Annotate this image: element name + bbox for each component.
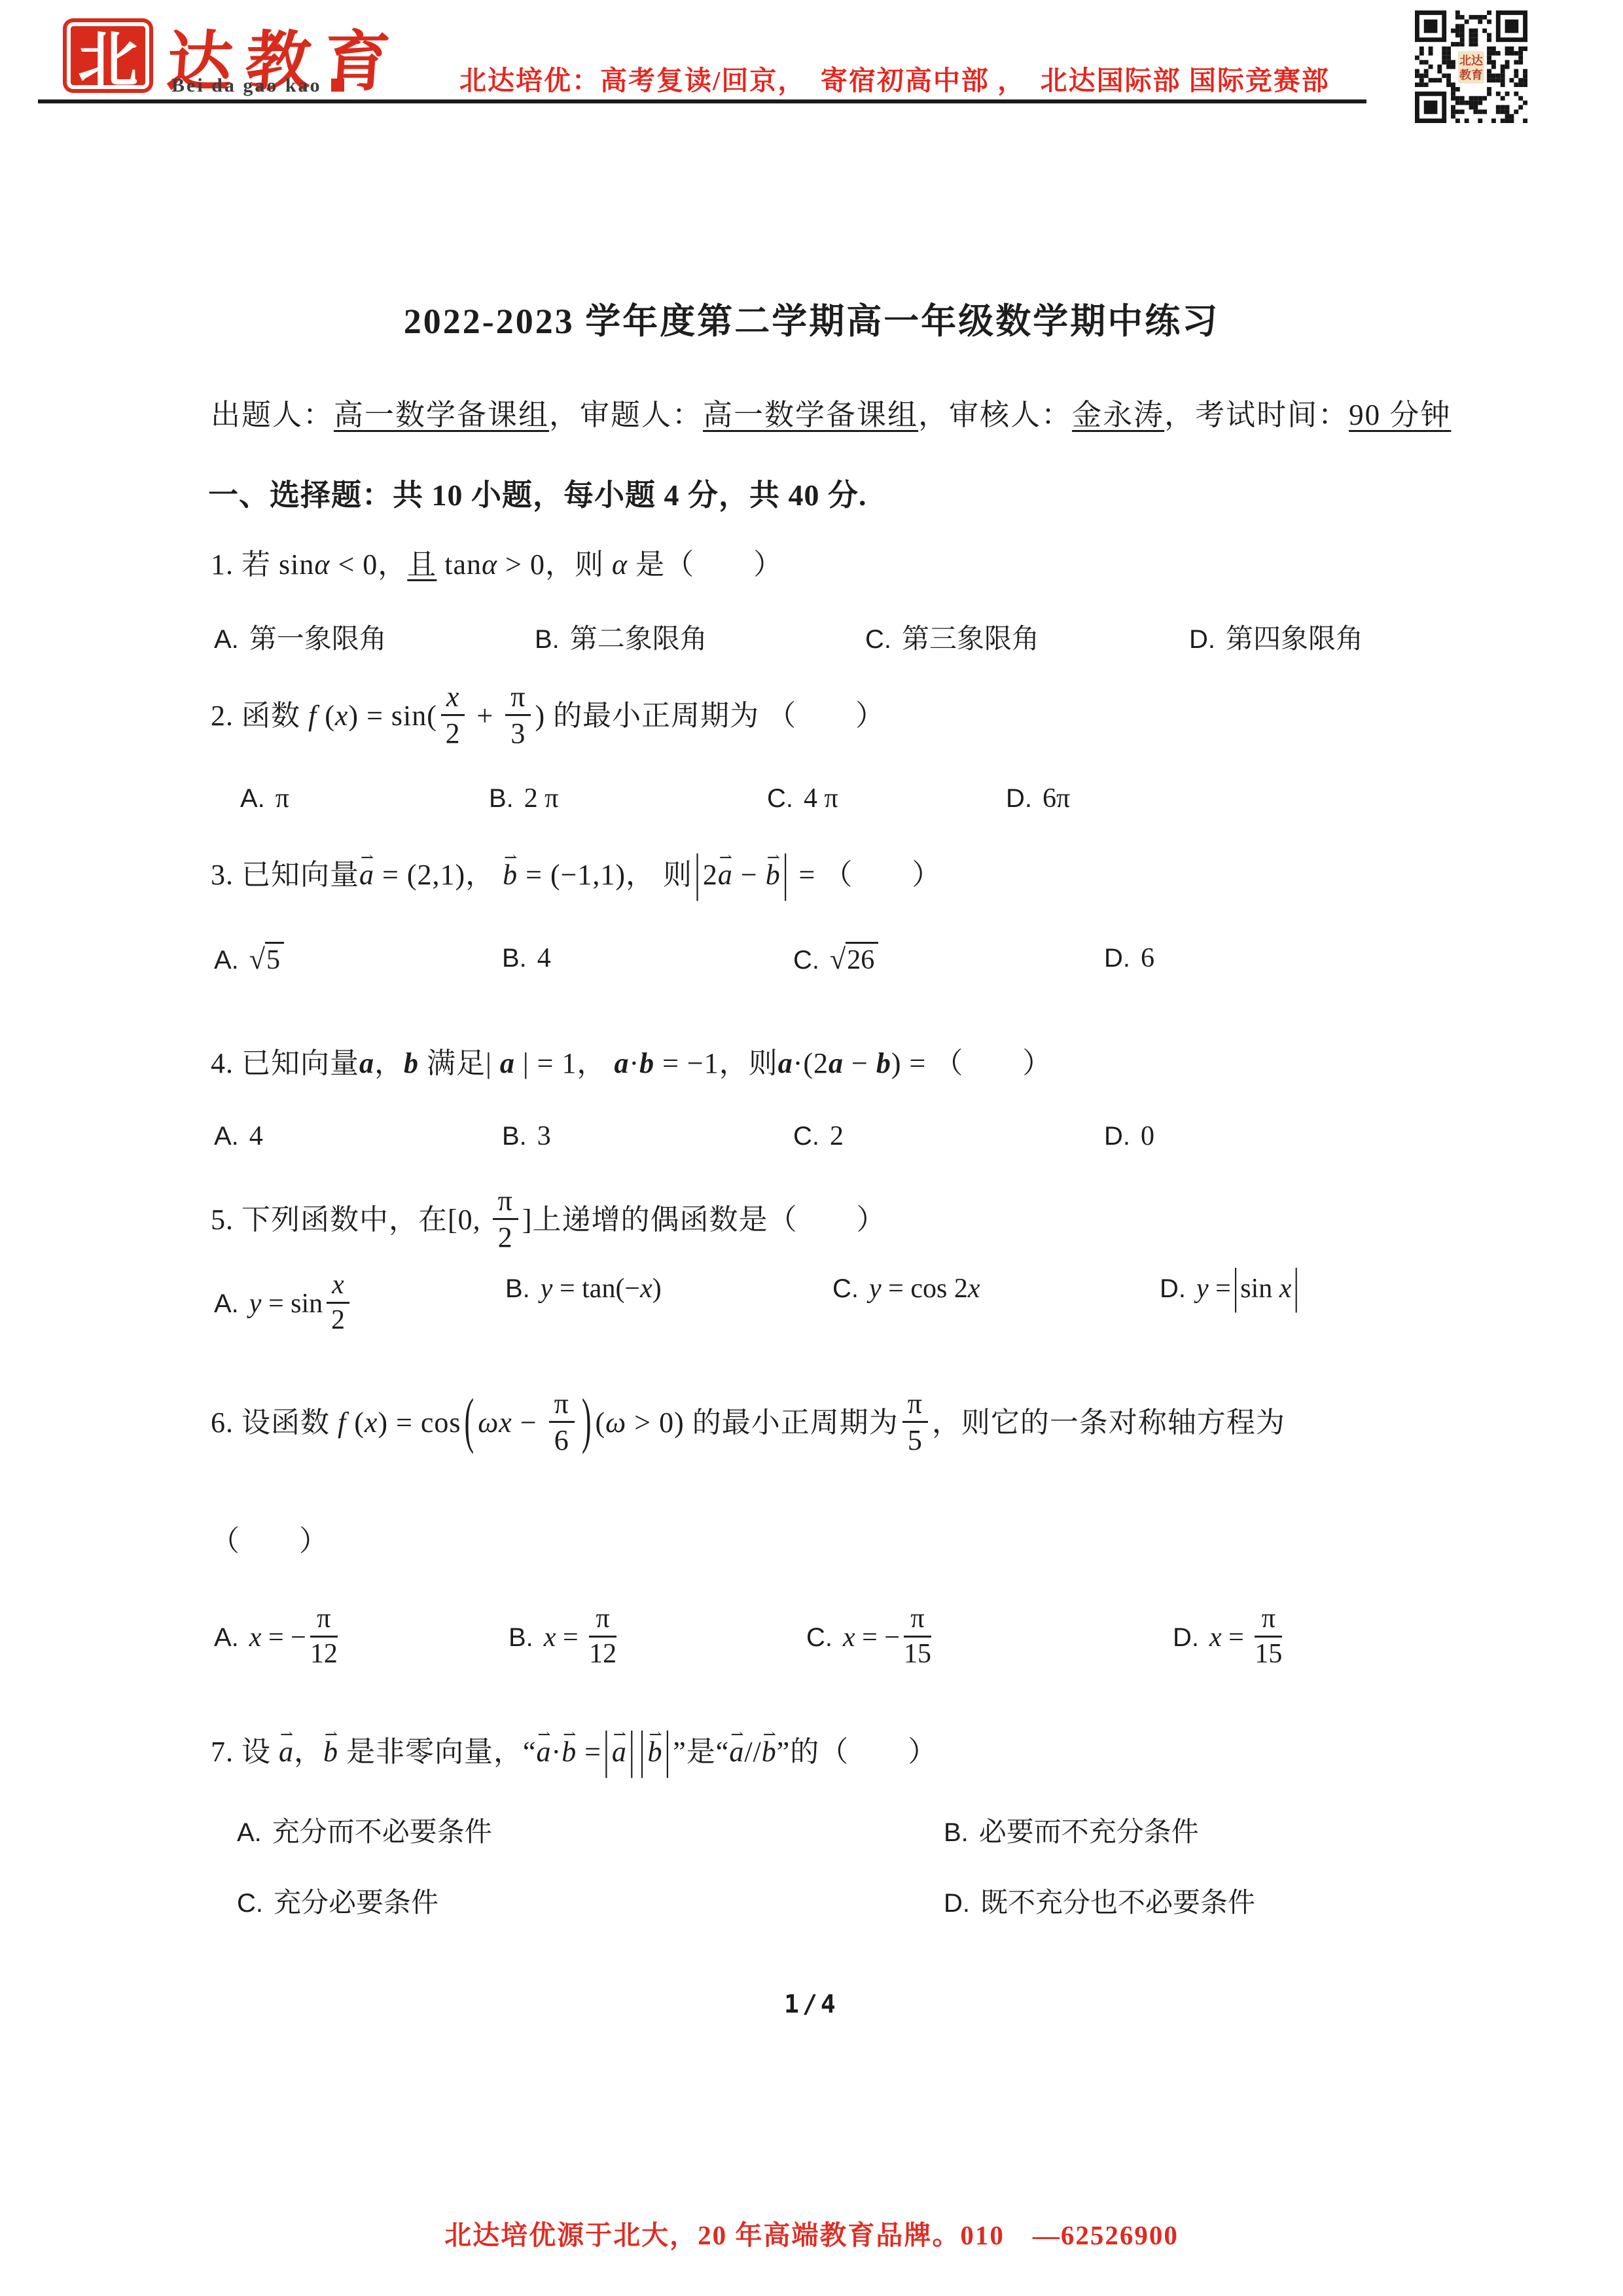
option-d: D.x = π15 (1173, 1607, 1286, 1673)
question-1: 1.若 sinα < 0，且 tanα > 0，则 α 是（ ） (211, 541, 783, 583)
option-d: D.6π (1006, 783, 1070, 814)
question-4: 4.已知向量a，b 满足| a | = 1， a·b = −1，则a·(2a −… (211, 1039, 1052, 1081)
option-c: C.第三象限角 (865, 617, 1039, 656)
option-b: B.x = π12 (508, 1607, 620, 1673)
question-number: 1. (211, 548, 234, 581)
option-a: A.充分而不必要条件 (237, 1810, 492, 1850)
option-a: A.π (240, 783, 289, 814)
question-text: （ ） (211, 1525, 329, 1557)
option-c: C.充分必要条件 (237, 1881, 438, 1920)
option-b: B.第二象限角 (535, 617, 707, 656)
option-b: B.4 (502, 942, 551, 974)
svg-text:教育: 教育 (1459, 68, 1483, 82)
question-text: 函数 f (x) = sin(x2 + π3) 的最小正周期为 （ ） (241, 700, 885, 732)
exam-meta-line: 出题人：高一数学备课组，审题人：高一数学备课组，审核人：金永涛，考试时间：90 … (211, 391, 1451, 433)
header-slogan: 北达培优：高考复读/回京， 寄宿初高中部 ， 北达国际部 国际竞赛部 (459, 59, 1330, 98)
seal-character: 北 (78, 12, 138, 99)
question-7-options-row1: A.充分而不必要条件 B.必要而不充分条件 (211, 1810, 1454, 1889)
header-divider (38, 99, 1366, 103)
option-a: A.y = sinx2 (214, 1273, 353, 1339)
question-2: 2.函数 f (x) = sin(x2 + π3) 的最小正周期为 （ ） (211, 684, 885, 753)
option-a: A.第一象限角 (214, 617, 387, 656)
option-d: D.既不充分也不必要条件 (944, 1881, 1255, 1920)
question-5-options: A.y = sinx2 B.y = tan(−x) C.y = cos 2x D… (211, 1273, 1454, 1352)
option-c: C.x = −π15 (806, 1607, 935, 1673)
brand-romanization: Bei da gao kao (171, 75, 344, 97)
exam-page: 北 达教育 Bei da gao kao 北达培优：高考复读/回京， 寄宿初高中… (0, 0, 1623, 2296)
section-heading: 一、选择题：共 10 小题，每小题 4 分，共 40 分. (208, 471, 867, 514)
question-number: 4. (211, 1047, 234, 1079)
option-c: C.√26 (793, 942, 878, 976)
question-5: 5.下列函数中，在[0, π2]上递增的偶函数是（ ） (211, 1188, 886, 1257)
question-7-options-row2: C.充分必要条件 D.既不充分也不必要条件 (211, 1881, 1454, 1960)
question-number: 2. (211, 700, 234, 732)
question-3-options: A.√5 B.4 C.√26 D.6 (211, 942, 1454, 1021)
option-d: D.6 (1104, 942, 1154, 974)
page-title: 2022-2023 学年度第二学期高一年级数学期中练习 (0, 293, 1623, 344)
option-b: B.y = tan(−x) (505, 1273, 662, 1304)
red-square-icon (331, 79, 344, 92)
question-text: 已知向量a，b 满足| a | = 1， a·b = −1，则a·(2a − b… (241, 1047, 1052, 1079)
question-number: 5. (211, 1204, 234, 1236)
option-c: C.4 π (767, 783, 838, 814)
question-number: 3. (211, 859, 234, 891)
question-6-continued: （ ） (211, 1517, 329, 1559)
option-c: C.2 (793, 1121, 844, 1152)
question-text: 设函数 f (x) = cos(ωx − π6)(ω > 0) 的最小正周期为π… (241, 1407, 1285, 1439)
page-number: 1/4 (0, 1990, 1623, 2018)
option-d: D.y =|sin x| (1160, 1273, 1301, 1304)
option-a: A.4 (214, 1121, 263, 1152)
qr-code: 北达教育 (1415, 10, 1527, 123)
question-7: 7.设 ⇀a，⇀b 是非零向量，“⇀a·⇀b =|⇀a||⇀b|”是“⇀a//⇀… (211, 1728, 937, 1770)
brand-seal-logo: 北 (63, 18, 153, 93)
question-text: 若 sinα < 0，且 tanα > 0，则 α 是（ ） (241, 548, 783, 581)
option-a: A.√5 (214, 942, 284, 976)
question-3: 3.已知向量⇀a = (2,1)， ⇀b = (−1,1)， 则|2⇀a − ⇀… (211, 851, 941, 893)
question-number: 6. (211, 1407, 234, 1439)
footer-slogan: 北达培优源于北大，20 年高端教育品牌。010 —62526900 (0, 2214, 1623, 2252)
option-b: B.2 π (489, 783, 559, 814)
option-a: A.x = −π12 (214, 1607, 342, 1673)
option-c: C.y = cos 2x (832, 1273, 980, 1304)
question-4-options: A.4 B.3 C.2 D.0 (211, 1121, 1454, 1199)
svg-text:北达: 北达 (1459, 54, 1483, 67)
question-6: 6.设函数 f (x) = cos(ωx − π6)(ω > 0) 的最小正周期… (211, 1391, 1285, 1460)
question-text: 已知向量⇀a = (2,1)， ⇀b = (−1,1)， 则|2⇀a − ⇀b|… (241, 859, 941, 891)
question-2-options: A.π B.2 π C.4 π D.6π (211, 783, 1454, 861)
option-d: D.第四象限角 (1189, 617, 1363, 656)
option-b: B.3 (502, 1121, 551, 1152)
question-6-options: A.x = −π12 B.x = π12 C.x = −π15 D.x = π1… (211, 1607, 1454, 1685)
option-d: D.0 (1104, 1121, 1154, 1152)
option-b: B.必要而不充分条件 (944, 1810, 1199, 1850)
question-text: 下列函数中，在[0, π2]上递增的偶函数是（ ） (241, 1204, 886, 1236)
question-text: 设 ⇀a，⇀b 是非零向量，“⇀a·⇀b =|⇀a||⇀b|”是“⇀a//⇀b”… (241, 1736, 937, 1768)
question-number: 7. (211, 1736, 234, 1768)
